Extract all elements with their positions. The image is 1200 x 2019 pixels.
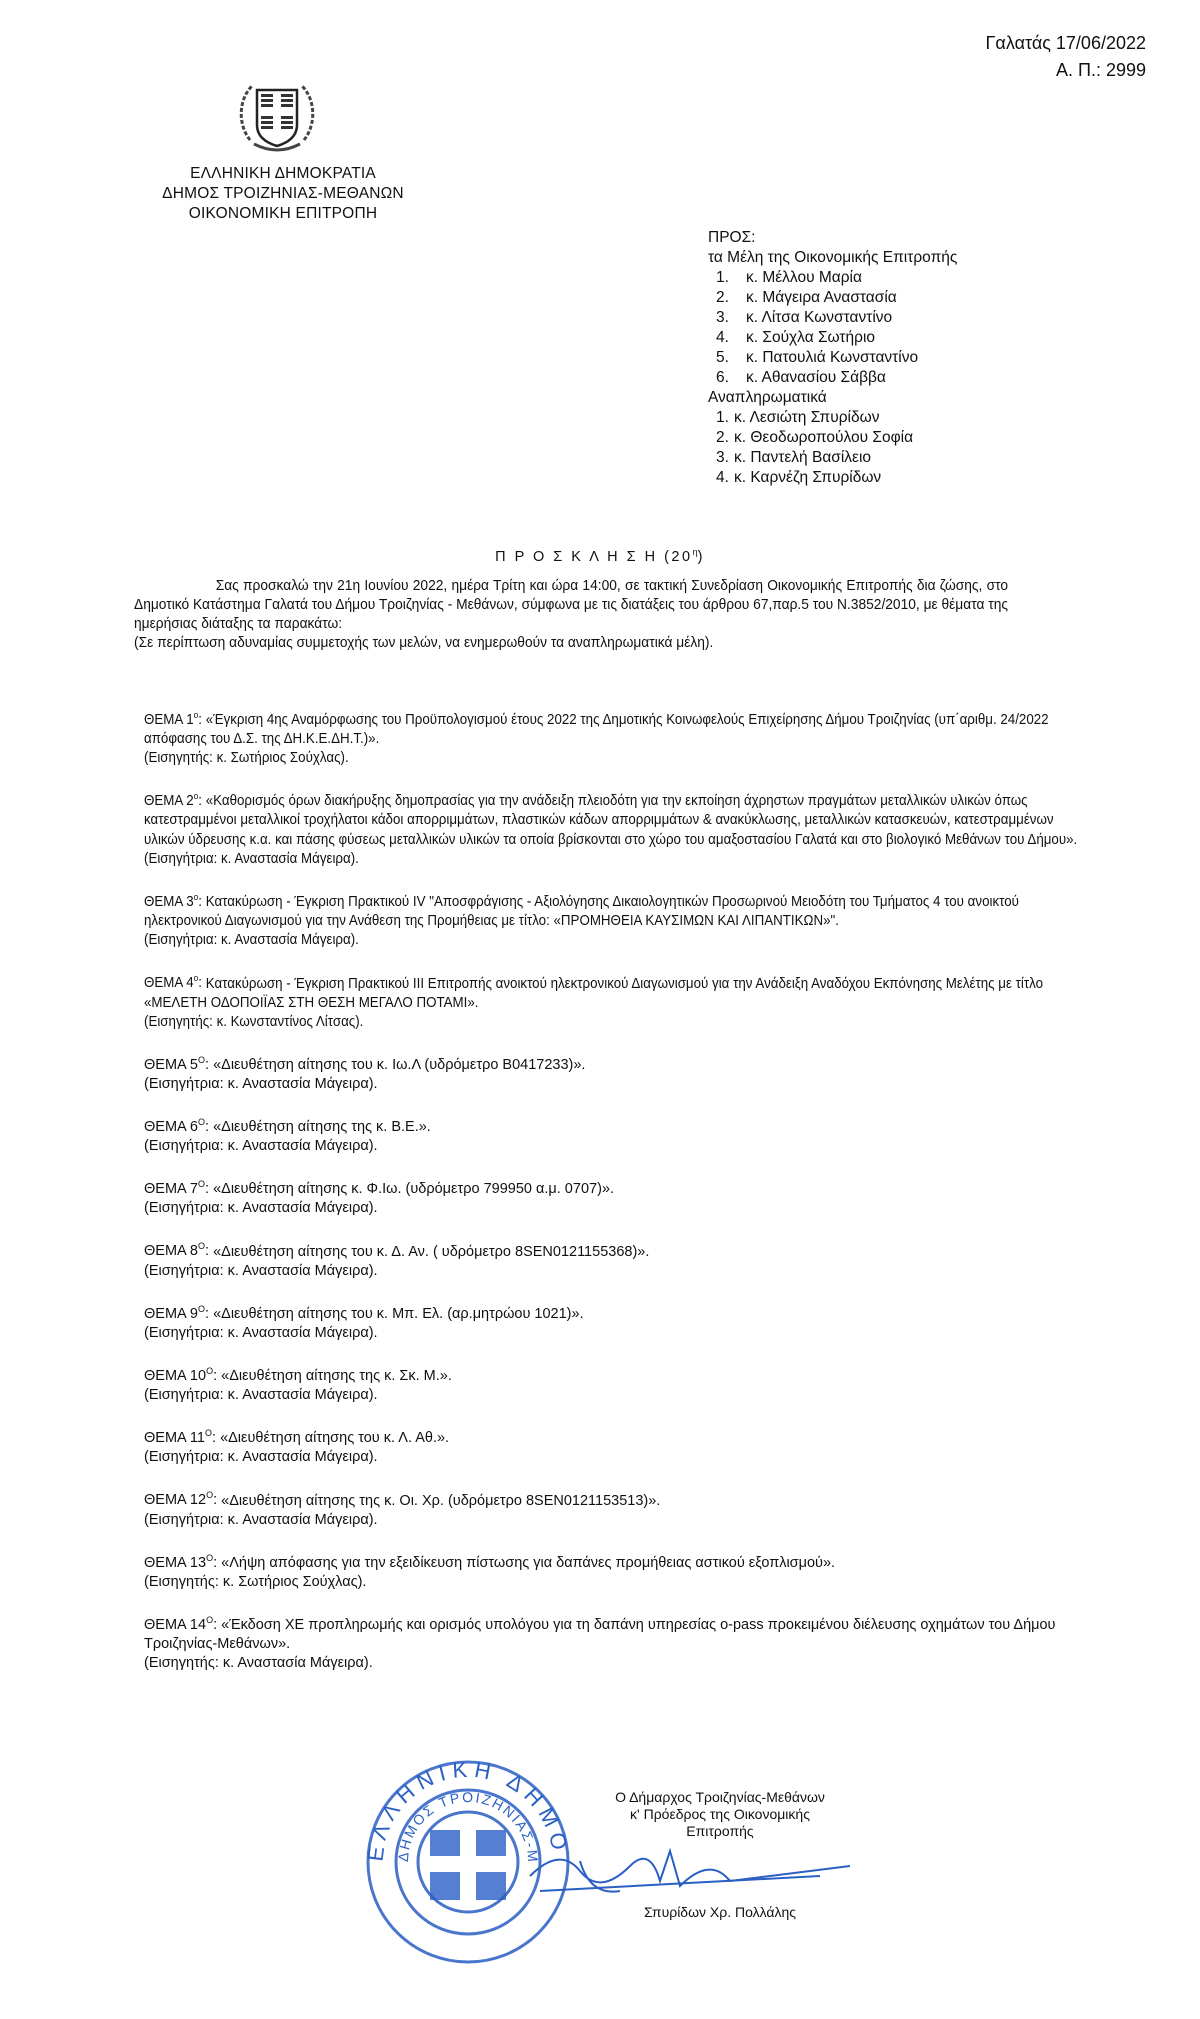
topic-label: ΘΕΜΑ 5Ο: bbox=[144, 1057, 213, 1073]
intro-note: (Σε περίπτωση αδυναμίας συμμετοχής των μ… bbox=[134, 634, 1008, 653]
topic-label: ΘΕΜΑ 3ο: bbox=[144, 894, 206, 910]
recipient-row: 1.κ. Μέλλου Μαρία bbox=[708, 268, 957, 288]
topic-label: ΘΕΜΑ 6Ο: bbox=[144, 1119, 213, 1135]
members-list: 1.κ. Μέλλου Μαρία2.κ. Μάγειρα Αναστασία3… bbox=[708, 268, 957, 388]
topic-text: ΘΕΜΑ 2ο: «Καθορισμός όρων διακήρυξης δημ… bbox=[144, 787, 1092, 849]
recipient-row: 4.κ. Σούχλα Σωτήριο bbox=[708, 328, 957, 348]
invitation-intro: Σας προσκαλώ την 21η Ιουνίου 2022, ημέρα… bbox=[134, 577, 1008, 653]
topic-text: ΘΕΜΑ 13Ο: «Λήψη απόφασης για την εξειδίκ… bbox=[144, 1549, 1096, 1573]
recipient-row: 5.κ. Πατουλιά Κωνσταντίνο bbox=[708, 348, 957, 368]
recipient-row: 2.κ. Μάγειρα Αναστασία bbox=[708, 288, 957, 308]
agenda-topics: ΘΕΜΑ 1ο: «Έγκριση 4ης Αναμόρφωσης του Πρ… bbox=[144, 706, 1096, 1693]
recipient-row: 3.κ. Παντελή Βασίλειο bbox=[708, 448, 957, 468]
topic-label: ΘΕΜΑ 7Ο: bbox=[144, 1181, 213, 1197]
recipient-row: 1.κ. Λεσιώτη Σπυρίδων bbox=[708, 408, 957, 428]
agenda-topic: ΘΕΜΑ 8Ο: «Διευθέτηση αίτησης του κ. Δ. Α… bbox=[144, 1238, 1096, 1281]
topic-rapporteur: (Εισηγήτρια: κ. Αναστασία Μάγειρα). bbox=[144, 1511, 1096, 1530]
topic-description: «Διευθέτηση αίτησης της κ. Β.Ε.». bbox=[213, 1119, 431, 1135]
topic-description: «Έγκριση 4ης Αναμόρφωσης του Προϋπολογισ… bbox=[144, 712, 1049, 747]
topic-label: ΘΕΜΑ 12Ο: bbox=[144, 1492, 221, 1508]
agenda-topic: ΘΕΜΑ 11Ο: «Διευθέτηση αίτησης του κ. Λ. … bbox=[144, 1424, 1096, 1467]
topic-rapporteur: (Εισηγητής: κ. Κωνσταντίνος Λίτσας). bbox=[144, 1013, 1092, 1032]
recipient-name: κ. Μάγειρα Αναστασία bbox=[746, 289, 897, 306]
recipient-row: 3.κ. Λίτσα Κωνσταντίνο bbox=[708, 308, 957, 328]
recipient-row: 4.κ. Καρνέζη Σπυρίδων bbox=[708, 468, 957, 488]
topic-rapporteur: (Εισηγητής: κ. Αναστασία Μάγειρα). bbox=[144, 1654, 1096, 1673]
recipient-number: 4. bbox=[708, 468, 734, 488]
topic-description: «Διευθέτηση αίτησης της κ. Οι. Χρ. (υδρό… bbox=[221, 1492, 660, 1508]
agenda-topic: ΘΕΜΑ 2ο: «Καθορισμός όρων διακήρυξης δημ… bbox=[144, 787, 1092, 869]
recipient-number: 6. bbox=[708, 368, 746, 388]
agenda-topic: ΘΕΜΑ 3ο: Κατακύρωση - Έγκριση Πρακτικού … bbox=[144, 888, 1092, 950]
topic-rapporteur: (Εισηγήτρια: κ. Αναστασία Μάγειρα). bbox=[144, 931, 1092, 950]
issuer-line: ΕΛΛΗΝΙΚΗ ΔΗΜΟΚΡΑΤΙΑ bbox=[140, 164, 426, 184]
topic-text: ΘΕΜΑ 12Ο: «Διευθέτηση αίτησης της κ. Οι.… bbox=[144, 1487, 1096, 1511]
topic-text: ΘΕΜΑ 9Ο: «Διευθέτηση αίτησης του κ. Μπ. … bbox=[144, 1300, 1096, 1324]
topic-description: Κατακύρωση - Έγκριση Πρακτικού IV "Αποσφ… bbox=[144, 894, 1019, 929]
topic-text: ΘΕΜΑ 4ο: Κατακύρωση - Έγκριση Πρακτικού … bbox=[144, 970, 1092, 1013]
topic-rapporteur: (Εισηγητής: κ. Σωτήριος Σούχλας). bbox=[144, 1573, 1096, 1592]
agenda-topic: ΘΕΜΑ 4ο: Κατακύρωση - Έγκριση Πρακτικού … bbox=[144, 970, 1092, 1032]
topic-rapporteur: (Εισηγητής: κ. Σωτήριος Σούχλας). bbox=[144, 749, 1092, 768]
alternates-heading: Αναπληρωματικά bbox=[708, 388, 957, 408]
signature-block: Ο Δήμαρχος Τροιζηνίας-Μεθάνων κ' Πρόεδρο… bbox=[600, 1789, 840, 1921]
place-date: Γαλατάς 17/06/2022 bbox=[986, 30, 1146, 57]
topic-description: «Λήψη απόφασης για την εξειδίκευση πίστω… bbox=[221, 1555, 835, 1571]
recipient-name: κ. Αθανασίου Σάββα bbox=[746, 369, 886, 386]
topic-text: ΘΕΜΑ 3ο: Κατακύρωση - Έγκριση Πρακτικού … bbox=[144, 888, 1092, 931]
greek-coat-of-arms-icon bbox=[232, 70, 322, 160]
topic-rapporteur: (Εισηγήτρια: κ. Αναστασία Μάγειρα). bbox=[144, 850, 1092, 869]
agenda-topic: ΘΕΜΑ 1ο: «Έγκριση 4ης Αναμόρφωσης του Πρ… bbox=[144, 706, 1092, 768]
recipient-number: 1. bbox=[708, 268, 746, 288]
agenda-topic: ΘΕΜΑ 14Ο: «Έκδοση ΧΕ προπληρωμής και ορι… bbox=[144, 1611, 1096, 1673]
signatory-role: κ' Πρόεδρος της Οικονομικής Επιτροπής bbox=[600, 1806, 840, 1840]
topic-description: «Διευθέτηση αίτησης του κ. Λ. Αθ.». bbox=[220, 1430, 449, 1446]
recipient-number: 2. bbox=[708, 428, 734, 448]
topic-label: ΘΕΜΑ 4ο: bbox=[144, 975, 206, 991]
recipient-number: 3. bbox=[708, 448, 734, 468]
recipient-number: 3. bbox=[708, 308, 746, 328]
agenda-topic: ΘΕΜΑ 13Ο: «Λήψη απόφασης για την εξειδίκ… bbox=[144, 1549, 1096, 1592]
alternates-list: 1.κ. Λεσιώτη Σπυρίδων2.κ. Θεοδωροπούλου … bbox=[708, 408, 957, 488]
recipient-name: κ. Καρνέζη Σπυρίδων bbox=[734, 469, 881, 486]
topic-text: ΘΕΜΑ 14Ο: «Έκδοση ΧΕ προπληρωμής και ορι… bbox=[144, 1611, 1096, 1654]
agenda-topic: ΘΕΜΑ 10Ο: «Διευθέτηση αίτησης της κ. Σκ.… bbox=[144, 1362, 1096, 1405]
agenda-topic: ΘΕΜΑ 6Ο: «Διευθέτηση αίτησης της κ. Β.Ε.… bbox=[144, 1113, 1096, 1156]
topic-rapporteur: (Εισηγήτρια: κ. Αναστασία Μάγειρα). bbox=[144, 1386, 1096, 1405]
recipient-number: 5. bbox=[708, 348, 746, 368]
document-reference: Γαλατάς 17/06/2022 Α. Π.: 2999 bbox=[986, 30, 1146, 84]
issuer-line: ΟΙΚΟΝΟΜΙΚΗ ΕΠΙΤΡΟΠΗ bbox=[140, 204, 426, 224]
topic-rapporteur: (Εισηγήτρια: κ. Αναστασία Μάγειρα). bbox=[144, 1199, 1096, 1218]
signatory-role: Ο Δήμαρχος Τροιζηνίας-Μεθάνων bbox=[600, 1789, 840, 1806]
topic-rapporteur: (Εισηγήτρια: κ. Αναστασία Μάγειρα). bbox=[144, 1075, 1096, 1094]
topic-description: «Διευθέτηση αίτησης κ. Φ.Ιω. (υδρόμετρο … bbox=[213, 1181, 614, 1197]
intro-paragraph: Σας προσκαλώ την 21η Ιουνίου 2022, ημέρα… bbox=[134, 577, 1008, 634]
recipient-name: κ. Λεσιώτη Σπυρίδων bbox=[734, 409, 879, 426]
recipient-number: 4. bbox=[708, 328, 746, 348]
topic-text: ΘΕΜΑ 6Ο: «Διευθέτηση αίτησης της κ. Β.Ε.… bbox=[144, 1113, 1096, 1137]
agenda-topic: ΘΕΜΑ 12Ο: «Διευθέτηση αίτησης της κ. Οι.… bbox=[144, 1487, 1096, 1530]
issuer-line: ΔΗΜΟΣ ΤΡΟΙΖΗΝΙΑΣ-ΜΕΘΑΝΩΝ bbox=[140, 184, 426, 204]
topic-label: ΘΕΜΑ 13Ο: bbox=[144, 1555, 221, 1571]
agenda-topic: ΘΕΜΑ 5Ο: «Διευθέτηση αίτησης του κ. Ιω.Λ… bbox=[144, 1051, 1096, 1094]
topic-description: «Καθορισμός όρων διακήρυξης δημοπρασίας … bbox=[144, 793, 1077, 847]
recipient-name: κ. Σούχλα Σωτήριο bbox=[746, 329, 875, 346]
topic-text: ΘΕΜΑ 5Ο: «Διευθέτηση αίτησης του κ. Ιω.Λ… bbox=[144, 1051, 1096, 1075]
agenda-topic: ΘΕΜΑ 9Ο: «Διευθέτηση αίτησης του κ. Μπ. … bbox=[144, 1300, 1096, 1343]
issuer-block: ΕΛΛΗΝΙΚΗ ΔΗΜΟΚΡΑΤΙΑ ΔΗΜΟΣ ΤΡΟΙΖΗΝΙΑΣ-ΜΕΘ… bbox=[140, 164, 426, 224]
recipient-row: 6.κ. Αθανασίου Σάββα bbox=[708, 368, 957, 388]
topic-description: «Διευθέτηση αίτησης της κ. Σκ. Μ.». bbox=[221, 1368, 452, 1384]
topic-label: ΘΕΜΑ 11Ο: bbox=[144, 1430, 220, 1446]
topic-label: ΘΕΜΑ 9Ο: bbox=[144, 1306, 213, 1322]
topic-description: «Διευθέτηση αίτησης του κ. Μπ. Ελ. (αρ.μ… bbox=[213, 1306, 584, 1322]
recipient-name: κ. Λίτσα Κωνσταντίνο bbox=[746, 309, 892, 326]
members-heading: τα Μέλη της Οικονομικής Επιτροπής bbox=[708, 248, 957, 268]
agenda-topic: ΘΕΜΑ 7Ο: «Διευθέτηση αίτησης κ. Φ.Ιω. (υ… bbox=[144, 1175, 1096, 1218]
recipient-name: κ. Παντελή Βασίλειο bbox=[734, 449, 871, 466]
recipient-number: 2. bbox=[708, 288, 746, 308]
topic-description: «Έκδοση ΧΕ προπληρωμής και ορισμός υπολό… bbox=[144, 1617, 1055, 1652]
topic-text: ΘΕΜΑ 10Ο: «Διευθέτηση αίτησης της κ. Σκ.… bbox=[144, 1362, 1096, 1386]
recipient-name: κ. Πατουλιά Κωνσταντίνο bbox=[746, 349, 918, 366]
topic-label: ΘΕΜΑ 2ο: bbox=[144, 793, 206, 809]
topic-label: ΘΕΜΑ 1ο: bbox=[144, 712, 206, 728]
to-label: ΠΡΟΣ: bbox=[708, 228, 957, 248]
topic-description: «Διευθέτηση αίτησης του κ. Δ. Αν. ( υδρό… bbox=[213, 1243, 649, 1259]
topic-description: Κατακύρωση - Έγκριση Πρακτικού ΙΙΙ Επιτρ… bbox=[144, 975, 1043, 1010]
topic-label: ΘΕΜΑ 8Ο: bbox=[144, 1243, 213, 1259]
signatory-name: Σπυρίδων Χρ. Πολλάλης bbox=[600, 1904, 840, 1921]
protocol-number: Α. Π.: 2999 bbox=[986, 57, 1146, 84]
topic-label: ΘΕΜΑ 10Ο: bbox=[144, 1368, 221, 1384]
topic-rapporteur: (Εισηγήτρια: κ. Αναστασία Μάγειρα). bbox=[144, 1262, 1096, 1281]
recipient-number: 1. bbox=[708, 408, 734, 428]
invitation-title: Π Ρ Ο Σ Κ Λ Η Σ Η (20η) bbox=[0, 547, 1200, 565]
topic-rapporteur: (Εισηγήτρια: κ. Αναστασία Μάγειρα). bbox=[144, 1137, 1096, 1156]
topic-text: ΘΕΜΑ 11Ο: «Διευθέτηση αίτησης του κ. Λ. … bbox=[144, 1424, 1096, 1448]
topic-text: ΘΕΜΑ 1ο: «Έγκριση 4ης Αναμόρφωσης του Πρ… bbox=[144, 706, 1092, 749]
recipient-name: κ. Θεοδωροπούλου Σοφία bbox=[734, 429, 913, 446]
recipients-block: ΠΡΟΣ: τα Μέλη της Οικονομικής Επιτροπής … bbox=[708, 228, 957, 488]
recipient-name: κ. Μέλλου Μαρία bbox=[746, 269, 862, 286]
topic-text: ΘΕΜΑ 7Ο: «Διευθέτηση αίτησης κ. Φ.Ιω. (υ… bbox=[144, 1175, 1096, 1199]
topic-rapporteur: (Εισηγήτρια: κ. Αναστασία Μάγειρα). bbox=[144, 1448, 1096, 1467]
recipient-row: 2.κ. Θεοδωροπούλου Σοφία bbox=[708, 428, 957, 448]
topic-label: ΘΕΜΑ 14Ο: bbox=[144, 1617, 221, 1633]
topic-description: «Διευθέτηση αίτησης του κ. Ιω.Λ (υδρόμετ… bbox=[213, 1057, 585, 1073]
topic-rapporteur: (Εισηγήτρια: κ. Αναστασία Μάγειρα). bbox=[144, 1324, 1096, 1343]
topic-text: ΘΕΜΑ 8Ο: «Διευθέτηση αίτησης του κ. Δ. Α… bbox=[144, 1238, 1096, 1262]
